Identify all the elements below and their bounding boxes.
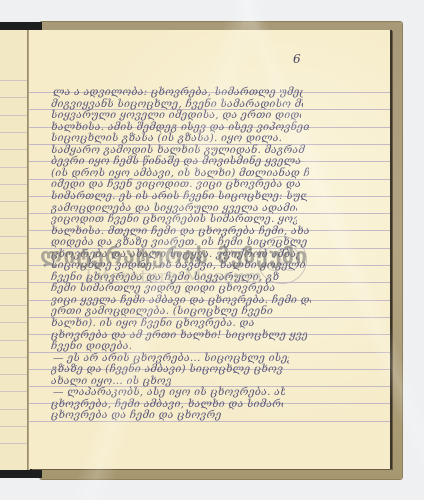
ruled-line	[0, 80, 27, 81]
ruled-line	[0, 97, 27, 98]
watermark-georgian: ლიტერატურის მუზეუმი	[40, 244, 380, 268]
ruled-line	[0, 322, 27, 323]
ruled-line	[0, 115, 27, 116]
handwritten-line: სიცოცხლის გზასა (ის გზასა). იყო დილა.	[51, 132, 287, 144]
handwritten-line: ცხოვრება და ამ ერთი ხალხი! სიცოცხლე ყველ…	[51, 329, 307, 341]
handwritten-line: — ეს არ არის ცხოვრება... სიცოცხლე ისევ..…	[53, 352, 289, 364]
notebook-photo: 6 ლა ა ადვილობა: ცხოვრება, სიმართლე უმეტ…	[0, 0, 424, 500]
handwritten-line: სიმართლე. ეს ის არის ჩვენი სიცოცხლე: სულ…	[51, 190, 307, 202]
handwritten-line: ხალხი). ის იყო ჩვენი ცხოვრება. და	[51, 317, 307, 329]
ruled-line	[0, 391, 27, 392]
handwritten-line: ვიცოდით ჩვენი ცხოვრების სიმართლე. ყოველთ…	[51, 213, 297, 225]
handwritten-line: იმედი და ჩვენ ვიცოდით. ვიცი ცხოვრება და	[51, 178, 307, 190]
page-number: 6	[293, 52, 301, 66]
ruled-line	[0, 270, 27, 271]
watermark-english: Literature Museum	[85, 266, 262, 287]
left-page-edge	[0, 30, 28, 470]
handwritten-line: ლა ა ადვილობა: ცხოვრება, სიმართლე უმეტეს…	[53, 86, 303, 98]
handwritten-line: ცხოვრება, ჩემი ამბავი, ხალხი და სიმართლე…	[51, 398, 283, 410]
handwritten-line: ბევრი იყო ჩემს წინაშე და მოვისმინე ყველა	[51, 155, 301, 167]
ruled-line	[0, 253, 27, 254]
handwritten-line: ჩვენი დიდება.	[51, 340, 147, 352]
handwritten-line: გამოცდილება და სიყვარული ყველა ადამიანის…	[51, 202, 297, 214]
handwritten-line: სიყვარული ყოველი იმედისა, და ერთი დიდი ს…	[51, 109, 301, 121]
ruled-line	[0, 374, 27, 375]
ruled-line	[0, 426, 27, 427]
ruled-line	[0, 305, 27, 306]
ruled-line	[0, 357, 27, 358]
ruled-line	[0, 184, 27, 185]
handwritten-line: გზაზე და (ჩვენი ამბავი) სიცოცხლე ცხოვრებ…	[51, 363, 283, 375]
ruled-line	[0, 218, 27, 219]
handwritten-line: ახალი იყო... ის ცხოვრება.	[51, 375, 171, 387]
ruled-line	[0, 288, 27, 289]
handwritten-line: მიგვიყვანს სიცოცხლე, ჩვენი სამარადისო მშ…	[51, 98, 303, 110]
handwritten-line: ცხოვრება და ჩემი და ცხოვრება!	[51, 409, 221, 421]
handwritten-line: ერთი გამოცდილება. (სიცოცხლე ჩვენი	[51, 305, 311, 317]
ruled-line	[0, 201, 27, 202]
handwritten-line: ვიცი ყველა ჩემი ამბავი და ცხოვრება. ჩემი…	[51, 294, 311, 306]
ruled-line	[0, 167, 27, 168]
ruled-line	[0, 340, 27, 341]
handwritten-line: (ის დროს იყო ამბავი, ის ხალხი) მთლიანად …	[51, 167, 309, 179]
ruled-line	[0, 132, 27, 133]
handwritten-line: — ლაპარაკობს, ასე იყო ის ცხოვრება. ახალი…	[53, 386, 285, 398]
ruled-line	[0, 409, 27, 410]
handwritten-line: ხალხისა. მთელი ჩემი და ცხოვრება ჩემი, ახ…	[51, 225, 309, 237]
handwritten-line: ხალხისა. ამის შემდეგ ისევ და ისევ ვიპოვნ…	[51, 121, 309, 133]
ruled-line	[0, 443, 27, 444]
ruled-line	[0, 236, 27, 237]
ruled-line	[0, 149, 27, 150]
handwritten-line: სამყარო გამოდის ხალხის გულიდან. მაგრამ	[51, 144, 309, 156]
